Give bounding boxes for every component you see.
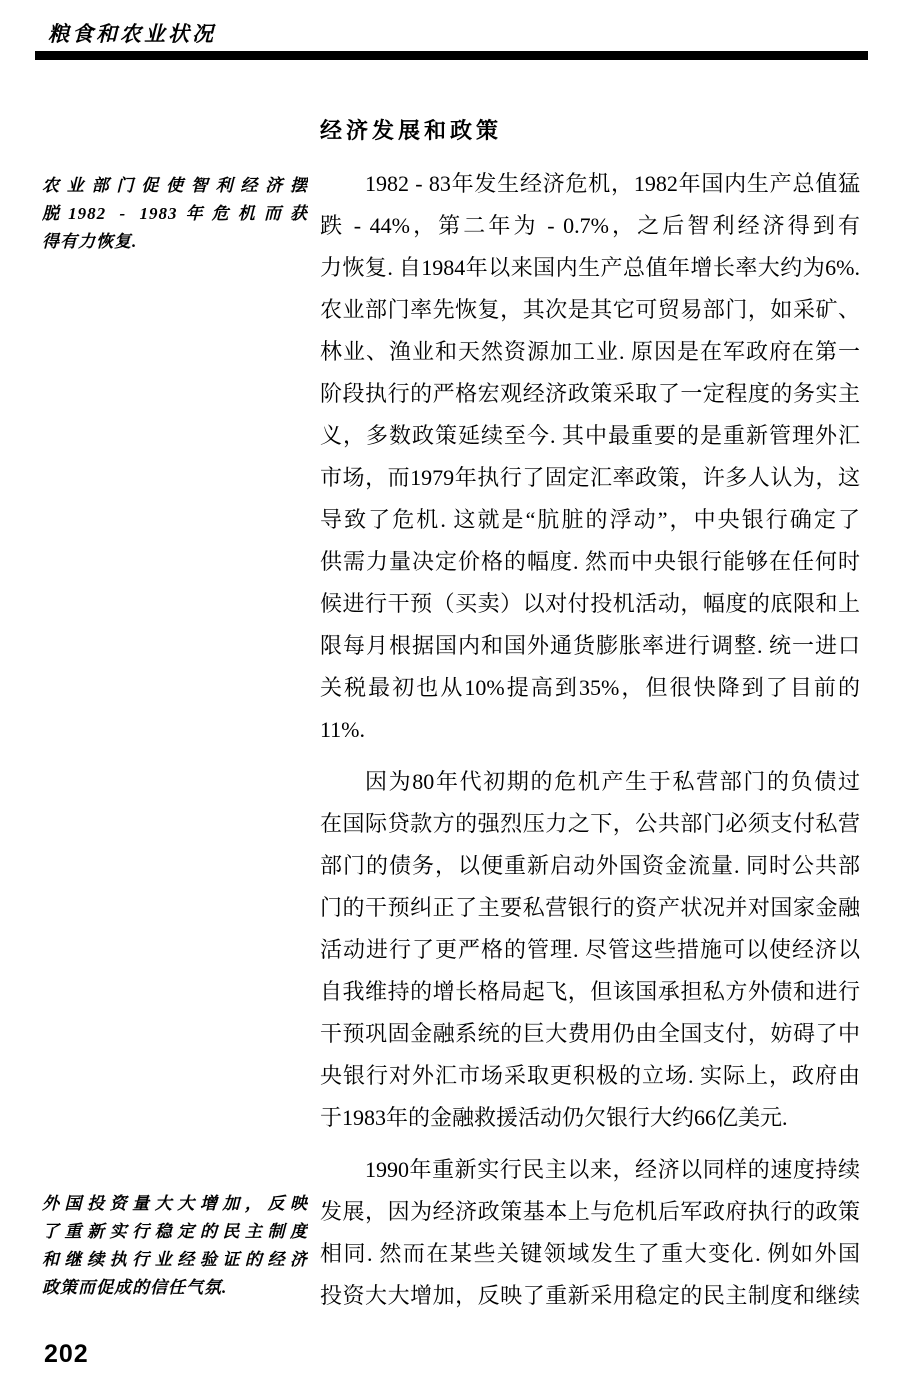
section-title: 经济发展和政策	[320, 114, 502, 145]
body-text-line: 农业部门率先恢复，其次是其它可贸易部门，如采矿、	[320, 289, 860, 331]
margin-note-line: 了重新实行稳定的民主制度	[42, 1218, 308, 1246]
body-text-line: 1982 - 83年发生经济危机，1982年国内生产总值猛	[320, 163, 860, 205]
margin-note-line: 和继续执行业经验证的经济	[42, 1246, 308, 1274]
margin-note-line: 得有力恢复.	[42, 228, 308, 256]
body-text-line: 跌 - 44%，第二年为 - 0.7%，之后智利经济得到有	[320, 205, 860, 247]
body-text-line: 相同. 然而在某些关键领域发生了重大变化. 例如外国	[320, 1233, 860, 1275]
body-text-line: 自我维持的增长格局起飞，但该国承担私方外债和进行	[320, 971, 860, 1013]
body-text-column: 1982 - 83年发生经济危机，1982年国内生产总值猛跌 - 44%，第二年…	[320, 163, 860, 1317]
body-text-line: 在国际贷款方的强烈压力之下，公共部门必须支付私营	[320, 803, 860, 845]
body-text-line: 活动进行了更严格的管理. 尽管这些措施可以使经济以	[320, 929, 860, 971]
page-number: 202	[44, 1340, 89, 1369]
body-text-line: 干预巩固金融系统的巨大费用仍由全国支付，妨碍了中	[320, 1013, 860, 1055]
body-paragraph-1: 1982 - 83年发生经济危机，1982年国内生产总值猛跌 - 44%，第二年…	[320, 163, 860, 751]
scanned-book-page: 粮食和农业状况 经济发展和政策 农业部门促使智利经济摆脱1982 - 1983年…	[0, 0, 900, 1400]
margin-note-line: 农业部门促使智利经济摆	[42, 172, 308, 200]
body-text-line: 限每月根据国内和国外通货膨胀率进行调整. 统一进口	[320, 625, 860, 667]
body-text-line: 力恢复. 自1984年以来国内生产总值年增长率大约为6%.	[320, 247, 860, 289]
margin-note-line: 外国投资量大大增加，反映	[42, 1190, 308, 1218]
body-text-line: 义，多数政策延续至今. 其中最重要的是重新管理外汇	[320, 415, 860, 457]
body-text-line: 11%.	[320, 709, 860, 751]
running-header-title: 粮食和农业状况	[48, 18, 216, 48]
body-paragraph-3: 1990年重新实行民主以来，经济以同样的速度持续发展，因为经济政策基本上与危机后…	[320, 1149, 860, 1317]
body-text-line: 发展，因为经济政策基本上与危机后军政府执行的政策	[320, 1191, 860, 1233]
margin-note-agriculture-recovery: 农业部门促使智利经济摆脱1982 - 1983年危机而获得有力恢复.	[42, 172, 308, 256]
margin-note-foreign-investment: 外国投资量大大增加，反映了重新实行稳定的民主制度和继续执行业经验证的经济政策而促…	[42, 1190, 308, 1302]
body-text-line: 1990年重新实行民主以来，经济以同样的速度持续	[320, 1149, 860, 1191]
body-text-line: 投资大大增加，反映了重新采用稳定的民主制度和继续	[320, 1275, 860, 1317]
body-text-line: 于1983年的金融救援活动仍欠银行大约66亿美元.	[320, 1097, 860, 1139]
body-text-line: 供需力量决定价格的幅度. 然而中央银行能够在任何时	[320, 541, 860, 583]
body-text-line: 门的干预纠正了主要私营银行的资产状况并对国家金融	[320, 887, 860, 929]
body-text-line: 市场，而1979年执行了固定汇率政策，许多人认为，这	[320, 457, 860, 499]
body-text-line: 导致了危机. 这就是“肮脏的浮动”，中央银行确定了	[320, 499, 860, 541]
margin-note-line: 政策而促成的信任气氛.	[42, 1274, 308, 1302]
margin-note-line: 脱1982 - 1983年危机而获	[42, 200, 308, 228]
body-text-line: 候进行干预（买卖）以对付投机活动，幅度的底限和上	[320, 583, 860, 625]
body-text-line: 因为80年代初期的危机产生于私营部门的负债过多，	[320, 761, 860, 803]
body-text-line: 央银行对外汇市场采取更积极的立场. 实际上，政府由	[320, 1055, 860, 1097]
header-rule	[35, 51, 868, 60]
body-text-line: 林业、渔业和天然资源加工业. 原因是在军政府在第一	[320, 331, 860, 373]
body-paragraph-2: 因为80年代初期的危机产生于私营部门的负债过多，在国际贷款方的强烈压力之下，公共…	[320, 761, 860, 1139]
body-text-line: 关税最初也从10%提高到35%，但很快降到了目前的	[320, 667, 860, 709]
body-text-line: 阶段执行的严格宏观经济政策采取了一定程度的务实主	[320, 373, 860, 415]
body-text-line: 部门的债务，以便重新启动外国资金流量. 同时公共部	[320, 845, 860, 887]
